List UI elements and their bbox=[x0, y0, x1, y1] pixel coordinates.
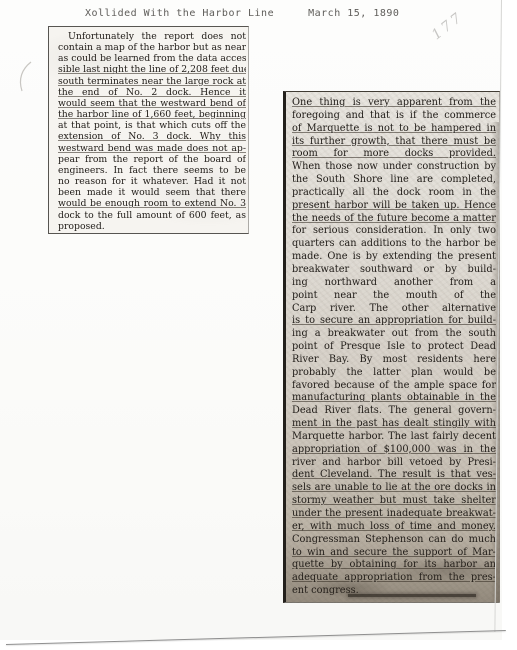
article-line: present harbor will be taken up. Hence bbox=[292, 200, 496, 213]
article-line: dent Cleveland. The result is that ves- bbox=[292, 469, 496, 482]
article-line: contain a map of the harbor but as near bbox=[58, 42, 246, 53]
article-line: quarters can additions to the harbor be bbox=[292, 238, 496, 251]
article-line: would seem that the westward bend of bbox=[58, 98, 246, 109]
article-line: for serious consideration. In only two bbox=[292, 225, 496, 238]
article-line: sels are unable to lie at the ore docks … bbox=[292, 482, 496, 495]
article-line: ment in the past has dealt stingily with bbox=[292, 418, 496, 431]
clipping-date: March 15, 1890 bbox=[308, 8, 399, 19]
article-line: stormy weather but must take shelter bbox=[292, 495, 496, 508]
article-line: made. One is by extending the present bbox=[292, 251, 496, 264]
handwritten-page-number: 177 bbox=[429, 9, 467, 44]
article-line: Unfortunately the report does not bbox=[58, 31, 246, 42]
article-line: probably the latter plan would be bbox=[292, 367, 496, 380]
article-line: manufacturing plants obtainable in the bbox=[292, 392, 496, 405]
article-line: point of Presque Isle to protect Dead bbox=[292, 341, 496, 354]
article-line: the harbor line of 1,660 feet, beginning bbox=[58, 109, 246, 120]
article-line: practically all the dock room in the bbox=[292, 187, 496, 200]
article-line: at that point, is that which cuts off th… bbox=[58, 120, 246, 131]
article-line: Carp river. The other alternative bbox=[292, 303, 496, 316]
article-line: engineers. In fact there seems to be bbox=[58, 165, 246, 176]
article-line: westward bend was made does not ap- bbox=[58, 143, 246, 154]
article-line: One thing is very apparent from the bbox=[292, 97, 496, 110]
article-line: would be enough room to extend No. 3 bbox=[58, 198, 246, 209]
article-line: south terminates near the large rock at bbox=[58, 76, 246, 87]
article-line: of Marquette is not to be hampered in bbox=[292, 123, 496, 136]
article-line: as could be learned from the data acces- bbox=[58, 53, 246, 64]
article-line: Marquette harbor. The last fairly decent bbox=[292, 431, 496, 444]
article-line: no reason for it whatever. Had it not bbox=[58, 176, 246, 187]
typed-header: Xollided With the Harbor Line March 15, … bbox=[85, 8, 399, 19]
article-line: is to secure an appropriation for build- bbox=[292, 315, 496, 328]
article-line: When those now under construction by bbox=[292, 161, 496, 174]
article-line: Dead River flats. The general govern- bbox=[292, 405, 496, 418]
article-line: breakwater southward or by build- bbox=[292, 264, 496, 277]
article-line: River Bay. By most residents here bbox=[292, 354, 496, 367]
scan-shadow-bottom bbox=[286, 532, 499, 602]
article-line: ing a breakwater out from the south bbox=[292, 328, 496, 341]
article-line: dock to the full amount of 600 feet, as bbox=[58, 210, 246, 221]
article-line: the South Shore line are completed, bbox=[292, 174, 496, 187]
article-line: favored because of the ample space for bbox=[292, 380, 496, 393]
article-line: under the present inadequate breakwat- bbox=[292, 508, 496, 521]
ink-smudge-bar bbox=[348, 594, 476, 597]
newspaper-clipping-right: One thing is very apparent from theforeg… bbox=[283, 91, 500, 603]
article-line: the needs of the future become a matter bbox=[292, 213, 496, 226]
article-line: proposed. bbox=[58, 221, 246, 232]
article-line: the end of No. 2 dock. Hence it bbox=[58, 87, 246, 98]
article-line: room for more docks provided. bbox=[292, 148, 496, 161]
article-line: its further growth, that there must be bbox=[292, 136, 496, 149]
scanned-page: Xollided With the Harbor Line March 15, … bbox=[0, 0, 502, 640]
article-line: foregoing and that is if the commerce bbox=[292, 110, 496, 123]
article-line: sible last night the line of 2,208 feet … bbox=[58, 64, 246, 75]
newspaper-clipping-left: Unfortunately the report does notcontain… bbox=[48, 26, 249, 234]
article-line: ing northward another from a bbox=[292, 277, 496, 290]
clipping-title: Xollided With the Harbor Line bbox=[85, 8, 274, 19]
article-line: appropriation of $100,000 was in the bbox=[292, 444, 496, 457]
article-line: pear from the report of the board of bbox=[58, 154, 246, 165]
article-line: point near the mouth of the bbox=[292, 290, 496, 303]
pencil-mark bbox=[16, 60, 34, 94]
article-line: river and harbor bill vetoed by Presi- bbox=[292, 457, 496, 470]
article-line: been made it would seem that there bbox=[58, 187, 246, 198]
article-line: extension of No. 3 dock. Why this bbox=[58, 131, 246, 142]
